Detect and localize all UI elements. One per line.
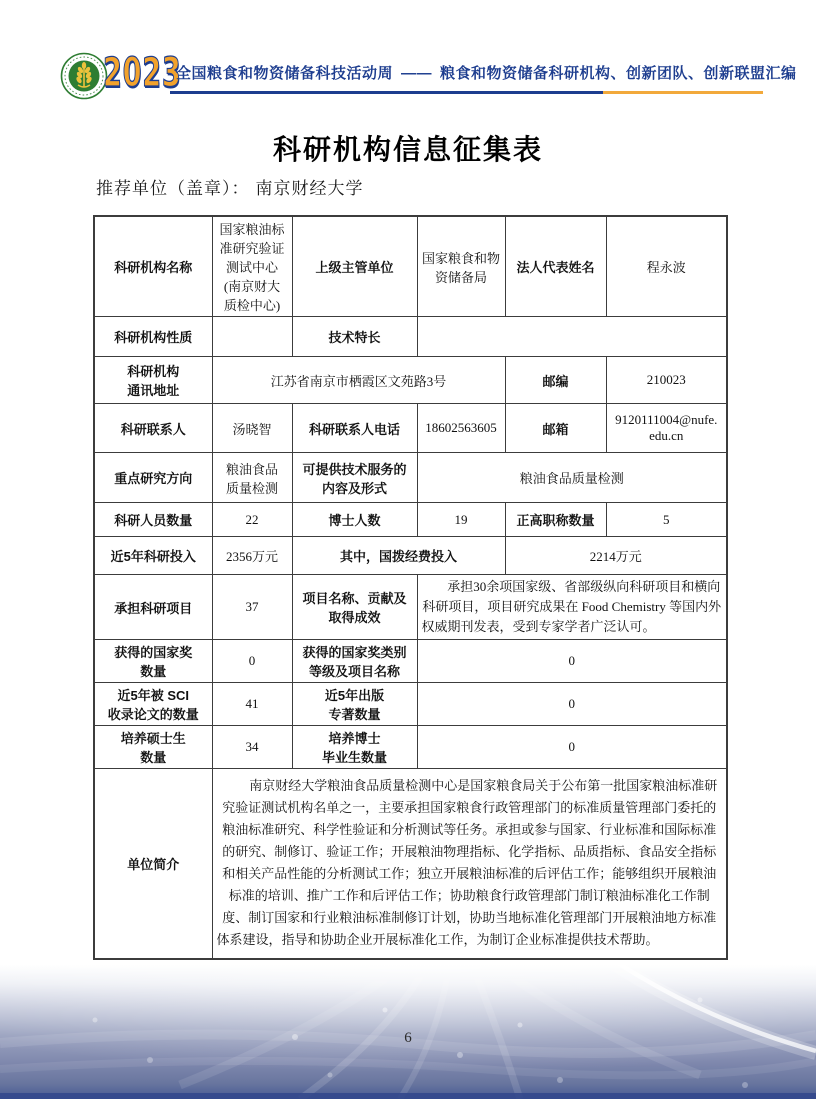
address-label: 科研机构 通讯地址 bbox=[94, 357, 212, 404]
research-institution-form-table: 科研机构名称 国家粮油标准研究验证测试中心 (南京财大 质检中心) 上级主管单位… bbox=[93, 215, 728, 960]
contact-label: 科研联系人 bbox=[94, 404, 212, 453]
header-compilation-title: 粮食和物资储备科研机构、创新团队、创新联盟汇编 bbox=[440, 62, 797, 83]
table-row: 科研机构 通讯地址 江苏省南京市栖霞区文苑路3号 邮编 210023 bbox=[94, 357, 727, 404]
projects-label: 承担科研项目 bbox=[94, 575, 212, 640]
page-number: 6 bbox=[0, 1030, 816, 1047]
table-row: 科研人员数量 22 博士人数 19 正高职称数量 5 bbox=[94, 503, 727, 537]
address-value: 江苏省南京市栖霞区文苑路3号 bbox=[212, 357, 505, 404]
recommender-label: 推荐单位（盖章）： bbox=[96, 179, 250, 198]
funding-label: 近5年科研投入 bbox=[94, 537, 212, 575]
header-rule-blue bbox=[170, 91, 603, 94]
contact-value: 汤晓智 bbox=[212, 404, 292, 453]
national-awards-label: 获得的国家奖 数量 bbox=[94, 640, 212, 683]
national-awards-value: 0 bbox=[212, 640, 292, 683]
gov-funding-value: 2214万元 bbox=[505, 537, 727, 575]
books-value: 0 bbox=[417, 683, 727, 726]
email-label: 邮箱 bbox=[505, 404, 606, 453]
table-row: 重点研究方向 粮油食品 质量检测 可提供技术服务的 内容及形式 粮油食品质量检测 bbox=[94, 453, 727, 503]
gov-funding-label: 其中，国拨经费投入 bbox=[292, 537, 505, 575]
contact-phone-value: 18602563605 bbox=[417, 404, 505, 453]
masters-label: 培养硕士生 数量 bbox=[94, 726, 212, 769]
table-row: 单位简介 南京财经大学粮油食品质量检测中心是国家粮食局关于公布第一批国家粮油标准… bbox=[94, 769, 727, 959]
table-row: 培养硕士生 数量 34 培养博士 毕业生数量 0 bbox=[94, 726, 727, 769]
table-row: 获得的国家奖 数量 0 获得的国家奖类别 等级及项目名称 0 bbox=[94, 640, 727, 683]
projects-detail-value: 承担30余项国家级、省部级纵向科研项目和横向科研项目，项目研究成果在 Food … bbox=[417, 575, 727, 640]
header-rule-orange bbox=[603, 91, 763, 94]
books-label: 近5年出版 专著数量 bbox=[292, 683, 417, 726]
header-banner: 全国粮食和物资储备科技活动周 —— 粮食和物资储备科研机构、创新团队、创新联盟汇… bbox=[176, 62, 797, 83]
grain-wheat-emblem-icon bbox=[60, 52, 108, 100]
doctors-label: 培养博士 毕业生数量 bbox=[292, 726, 417, 769]
senior-title-count-label: 正高职称数量 bbox=[505, 503, 606, 537]
recommender-value: 南京财经大学 bbox=[256, 179, 364, 198]
staff-count-value: 22 bbox=[212, 503, 292, 537]
legal-rep-label: 法人代表姓名 bbox=[505, 216, 606, 317]
table-row: 近5年被 SCI 收录论文的数量 41 近5年出版 专著数量 0 bbox=[94, 683, 727, 726]
table-row: 承担科研项目 37 项目名称、贡献及 取得成效 承担30余项国家级、省部级纵向科… bbox=[94, 575, 727, 640]
postcode-value: 210023 bbox=[606, 357, 727, 404]
research-focus-value: 粮油食品 质量检测 bbox=[212, 453, 292, 503]
funding-value: 2356万元 bbox=[212, 537, 292, 575]
profile-value: 南京财经大学粮油食品质量检测中心是国家粮食局关于公布第一批国家粮油标准研究验证测… bbox=[212, 769, 727, 959]
table-row: 科研机构性质 技术特长 bbox=[94, 317, 727, 357]
postcode-label: 邮编 bbox=[505, 357, 606, 404]
org-name-value: 国家粮油标准研究验证测试中心 (南京财大 质检中心) bbox=[212, 216, 292, 317]
awards-detail-label: 获得的国家奖类别 等级及项目名称 bbox=[292, 640, 417, 683]
supervisor-label: 上级主管单位 bbox=[292, 216, 417, 317]
document-page: 2023 全国粮食和物资储备科技活动周 —— 粮食和物资储备科研机构、创新团队、… bbox=[0, 0, 816, 1099]
doctors-value: 0 bbox=[417, 726, 727, 769]
table-row: 近5年科研投入 2356万元 其中，国拨经费投入 2214万元 bbox=[94, 537, 727, 575]
org-nature-label: 科研机构性质 bbox=[94, 317, 212, 357]
email-value: 9120111004@nufe. edu.cn bbox=[606, 404, 727, 453]
awards-detail-value: 0 bbox=[417, 640, 727, 683]
senior-title-count-value: 5 bbox=[606, 503, 727, 537]
legal-rep-value: 程永波 bbox=[606, 216, 727, 317]
sci-papers-label: 近5年被 SCI 收录论文的数量 bbox=[94, 683, 212, 726]
projects-detail-label: 项目名称、贡献及 取得成效 bbox=[292, 575, 417, 640]
supervisor-value: 国家粮食和物资储备局 bbox=[417, 216, 505, 317]
page-title: 科研机构信息征集表 bbox=[0, 128, 816, 168]
research-focus-label: 重点研究方向 bbox=[94, 453, 212, 503]
recommender-line: 推荐单位（盖章）：南京财经大学 bbox=[96, 174, 364, 199]
contact-phone-label: 科研联系人电话 bbox=[292, 404, 417, 453]
phd-count-value: 19 bbox=[417, 503, 505, 537]
profile-label: 单位简介 bbox=[94, 769, 212, 959]
services-value: 粮油食品质量检测 bbox=[417, 453, 727, 503]
phd-count-label: 博士人数 bbox=[292, 503, 417, 537]
masters-value: 34 bbox=[212, 726, 292, 769]
table-row: 科研联系人 汤晓智 科研联系人电话 18602563605 邮箱 9120111… bbox=[94, 404, 727, 453]
org-nature-value bbox=[212, 317, 292, 357]
table-row: 科研机构名称 国家粮油标准研究验证测试中心 (南京财大 质检中心) 上级主管单位… bbox=[94, 216, 727, 317]
tech-specialty-label: 技术特长 bbox=[292, 317, 417, 357]
org-name-label: 科研机构名称 bbox=[94, 216, 212, 317]
header-event-title: 全国粮食和物资储备科技活动周 bbox=[176, 62, 393, 83]
tech-specialty-value bbox=[417, 317, 727, 357]
header-year: 2023 bbox=[103, 52, 181, 94]
staff-count-label: 科研人员数量 bbox=[94, 503, 212, 537]
projects-count-value: 37 bbox=[212, 575, 292, 640]
services-label: 可提供技术服务的 内容及形式 bbox=[292, 453, 417, 503]
sci-papers-value: 41 bbox=[212, 683, 292, 726]
header-dash: —— bbox=[401, 65, 432, 82]
